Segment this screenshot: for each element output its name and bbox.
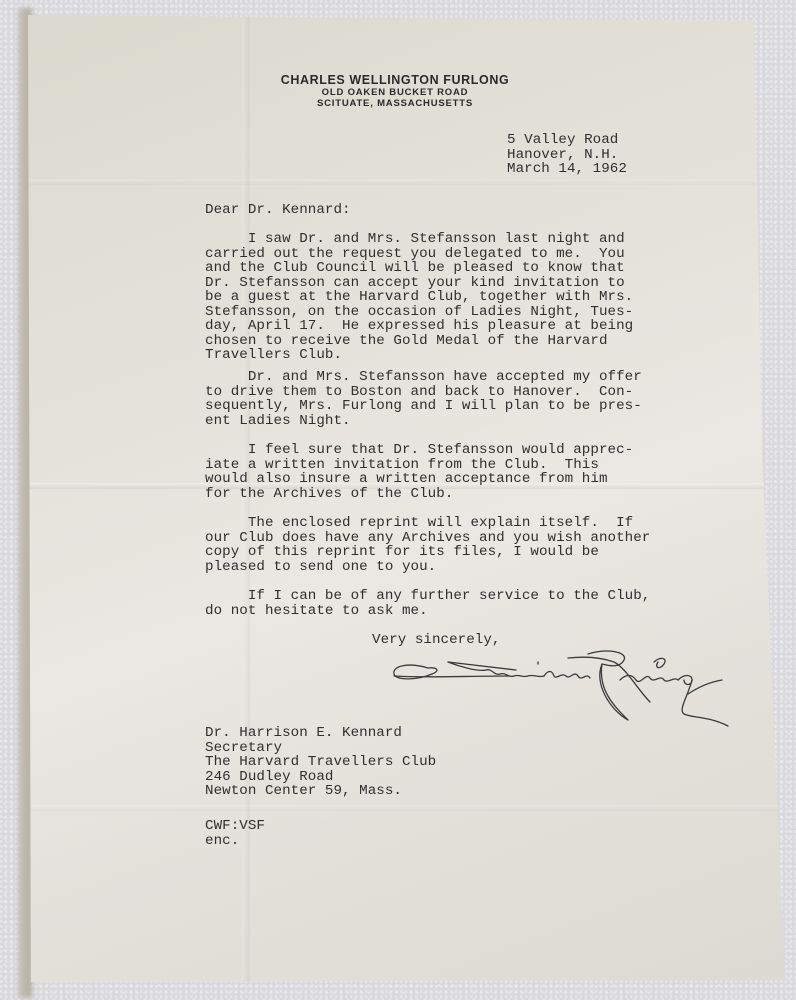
text-line: for the Archives of the Club. — [205, 487, 633, 502]
sender-city: Hanover, N.H. — [507, 148, 627, 163]
enclosure-notation: enc. — [205, 834, 265, 849]
text-line: Travellers Club. — [205, 348, 633, 363]
text-line: do not hesitate to ask me. — [205, 604, 650, 619]
body-paragraph-2: Dr. and Mrs. Stefansson have accepted my… — [205, 370, 642, 428]
letterhead-address-line1: OLD OAKEN BUCKET ROAD — [230, 87, 560, 98]
complimentary-close: Very sincerely, — [372, 633, 500, 648]
text-line: sequently, Mrs. Furlong and I will plan … — [205, 399, 642, 414]
recipient-city: Newton Center 59, Mass. — [205, 784, 436, 799]
text-line: would also insure a written acceptance f… — [205, 472, 633, 487]
inside-address-block: Dr. Harrison E. KennardSecretaryThe Harv… — [205, 726, 436, 799]
letterhead-name: CHARLES WELLINGTON FURLONG — [230, 73, 560, 87]
text-line: Stefansson, on the occasion of Ladies Ni… — [205, 305, 633, 320]
text-line: be a guest at the Harvard Club, together… — [205, 290, 633, 305]
text-line: The enclosed reprint will explain itself… — [205, 516, 650, 531]
text-line: carried out the request you delegated to… — [205, 247, 633, 262]
body-paragraph-1: I saw Dr. and Mrs. Stefansson last night… — [205, 232, 633, 363]
text-line: Dr. and Mrs. Stefansson have accepted my… — [205, 370, 642, 385]
text-line: iate a written invitation from the Club.… — [205, 458, 633, 473]
text-line: to drive them to Boston and back to Hano… — [205, 385, 642, 400]
recipient-title: Secretary — [205, 741, 436, 756]
body-paragraph-5: If I can be of any further service to th… — [205, 589, 650, 618]
paper-fold-crease — [28, 805, 788, 811]
text-line: pleased to send one to you. — [205, 560, 650, 575]
text-line: ent Ladies Night. — [205, 414, 642, 429]
sender-address-block: 5 Valley RoadHanover, N.H.March 14, 1962 — [507, 133, 627, 177]
text-line: I feel sure that Dr. Stefansson would ap… — [205, 443, 633, 458]
text-line: If I can be of any further service to th… — [205, 589, 650, 604]
text-line: day, April 17. He expressed his pleasure… — [205, 319, 633, 334]
salutation: Dear Dr. Kennard: — [205, 203, 351, 218]
text-line: Dr. Stefansson can accept your kind invi… — [205, 276, 633, 291]
reference-initials: CWF:VSF — [205, 819, 265, 834]
handwritten-signature-icon — [388, 650, 738, 730]
recipient-organization: The Harvard Travellers Club — [205, 755, 436, 770]
text-line: copy of this reprint for its files, I wo… — [205, 545, 650, 560]
text-line: our Club does have any Archives and you … — [205, 531, 650, 546]
reference-block: CWF:VSFenc. — [205, 819, 265, 848]
recipient-name: Dr. Harrison E. Kennard — [205, 726, 436, 741]
recipient-street: 246 Dudley Road — [205, 770, 436, 785]
letterhead-address-line2: SCITUATE, MASSACHUSETTS — [230, 98, 560, 109]
body-paragraph-4: The enclosed reprint will explain itself… — [205, 516, 650, 574]
body-paragraph-3: I feel sure that Dr. Stefansson would ap… — [205, 443, 633, 501]
text-line: and the Club Council will be pleased to … — [205, 261, 633, 276]
letterhead: CHARLES WELLINGTON FURLONG OLD OAKEN BUC… — [230, 73, 560, 109]
letter-date: March 14, 1962 — [507, 162, 627, 177]
text-line: chosen to receive the Gold Medal of the … — [205, 334, 633, 349]
text-line: I saw Dr. and Mrs. Stefansson last night… — [205, 232, 633, 247]
paper-fold-crease — [28, 179, 788, 185]
sender-street: 5 Valley Road — [507, 133, 627, 148]
